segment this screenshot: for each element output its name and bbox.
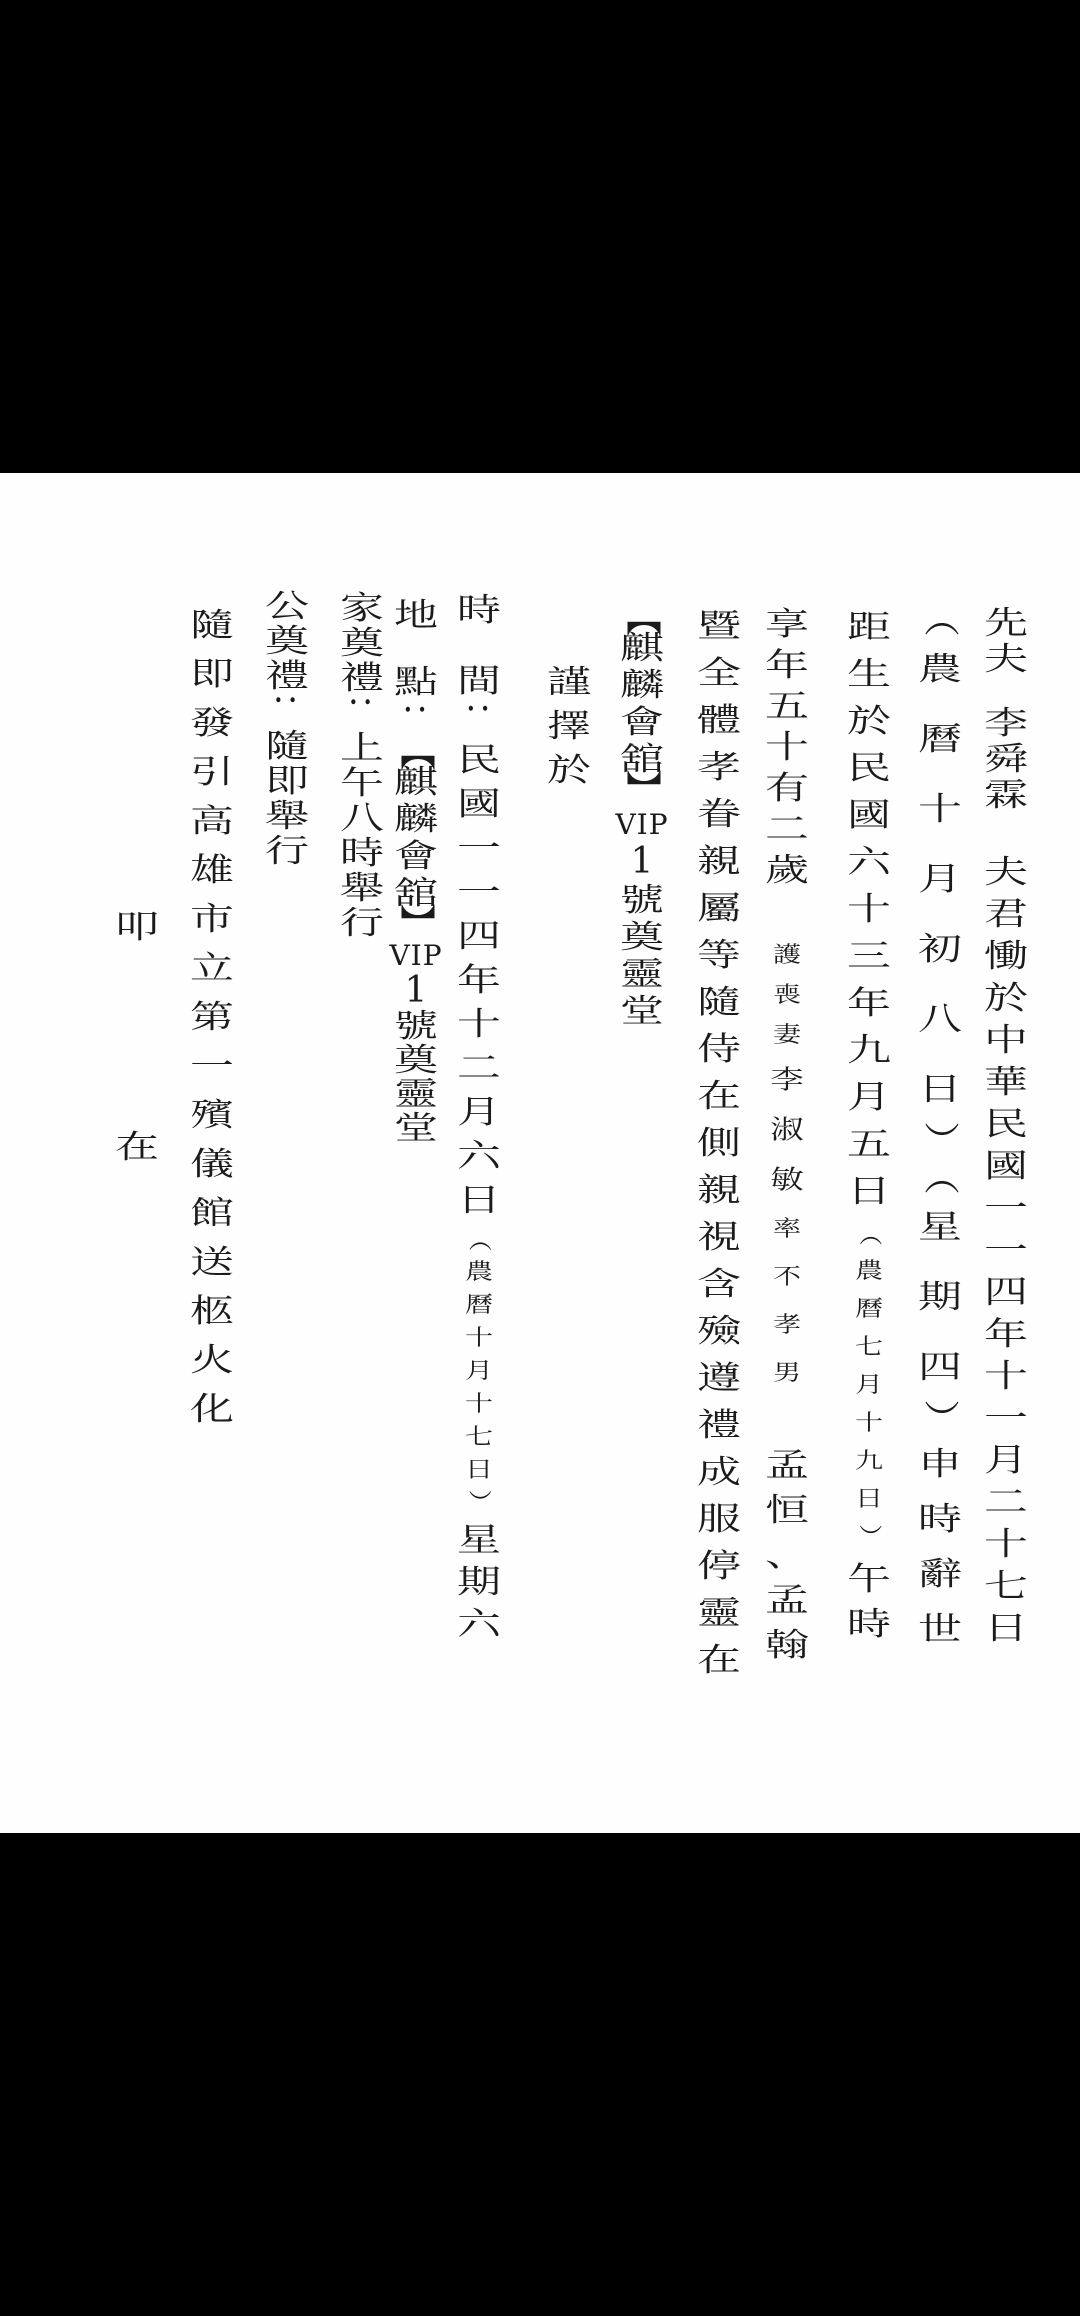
notice-character: 夫 xyxy=(980,855,1033,889)
notice-character: 上 xyxy=(336,734,389,762)
notice-character: 妻 xyxy=(761,1018,813,1052)
notice-character: 民 xyxy=(980,1107,1033,1141)
notice-character: 月 xyxy=(843,1369,895,1402)
notice-character: 年 xyxy=(843,984,896,1022)
notice-character: 農 xyxy=(914,641,967,697)
notice-character: 送 xyxy=(186,1242,239,1281)
notice-character: 華 xyxy=(980,1065,1033,1099)
notice-character: ） xyxy=(464,1479,493,1527)
notice-character: 奠 xyxy=(336,629,389,657)
notice-character: 國 xyxy=(843,796,896,834)
notice-character: 日 xyxy=(843,1172,896,1210)
notice-character: 堂 xyxy=(616,996,669,1026)
notice-character: 第 xyxy=(186,997,239,1036)
notice-column-10: 家奠禮：上午八時舉行 xyxy=(338,590,386,940)
notice-character: 地 xyxy=(390,597,443,632)
notice-character: 點 xyxy=(390,667,443,697)
notice-column-5: 暨全體孝眷親屬等隨侍在側親視含殮遵禮成服停靈在 xyxy=(695,602,743,1683)
notice-character: 時 xyxy=(453,592,506,627)
notice-character: 曆 xyxy=(914,711,967,767)
notice-character: 等 xyxy=(693,936,746,974)
notice-character: 國 xyxy=(980,1149,1033,1183)
notice-character: 七 xyxy=(980,1569,1033,1603)
notice-character: 日 xyxy=(843,1483,895,1516)
notice-character: 於 xyxy=(543,752,596,787)
notice-character: 十 xyxy=(980,1359,1033,1393)
notice-character: 親 xyxy=(693,842,746,880)
notice-character: 隨 xyxy=(693,983,746,1021)
notice-character: 先 xyxy=(980,609,1033,638)
notice-character: 午 xyxy=(843,1561,896,1597)
notice-character: 午 xyxy=(336,769,389,797)
notice-character: 六 xyxy=(453,1607,506,1641)
notice-character: 含 xyxy=(693,1265,746,1303)
notice-character: 麒 xyxy=(390,767,443,797)
notice-character: 十 xyxy=(980,1527,1033,1561)
notice-character: 堂 xyxy=(390,1114,443,1141)
notice-character: 雄 xyxy=(186,850,239,889)
notice-character: 世 xyxy=(914,1607,967,1651)
notice-character: 視 xyxy=(693,1218,746,1256)
notice-character: 眷 xyxy=(693,795,746,833)
notice-character: 君 xyxy=(980,897,1033,931)
notice-character: 孝 xyxy=(761,1304,813,1345)
notice-character: 日 xyxy=(914,1061,967,1117)
notice-character: 初 xyxy=(914,921,967,977)
notice-character: 會 xyxy=(390,841,443,871)
notice-character: 奠 xyxy=(616,922,669,952)
notice-character: 市 xyxy=(186,899,239,938)
notice-character: 年 xyxy=(980,1317,1033,1351)
notice-column-11: 公奠禮：隨即舉行 xyxy=(263,588,311,868)
notice-character: 三 xyxy=(843,937,896,975)
notice-character: 農 xyxy=(843,1255,895,1288)
notice-character: 舉 xyxy=(336,874,389,902)
notice-character: 辭 xyxy=(914,1552,967,1596)
notice-character: 日 xyxy=(453,1182,506,1217)
notice-character: 全 xyxy=(693,654,746,692)
notice-character: 四 xyxy=(914,1339,967,1395)
notice-character: 曆 xyxy=(453,1290,505,1318)
notice-character: 九 xyxy=(843,1031,896,1069)
notice-character: 奠 xyxy=(261,627,314,655)
notice-character: 慟 xyxy=(980,939,1033,973)
notice-character: 農 xyxy=(453,1257,505,1285)
notice-character: 月 xyxy=(453,1094,506,1129)
notice-column-9: 地點：【麒麟會舘】VIP1號奠靈堂 xyxy=(392,593,440,1145)
notice-character: 家 xyxy=(336,594,389,622)
notice-character: 中 xyxy=(980,1023,1033,1057)
notice-character: 靈 xyxy=(693,1594,746,1632)
notice-character: 八 xyxy=(914,991,967,1047)
notice-character: 化 xyxy=(186,1389,239,1428)
notice-character: 發 xyxy=(186,703,239,742)
notice-character: 有 xyxy=(761,771,814,804)
notice-character: 期 xyxy=(453,1565,506,1599)
notice-character: 一 xyxy=(453,830,506,865)
notice-character: 行 xyxy=(261,837,314,865)
notice-character: 儀 xyxy=(186,1144,239,1183)
notice-character: 一 xyxy=(186,1046,239,1085)
notice-character: 時 xyxy=(914,1497,967,1541)
notice-column-1: 先夫李舜霖夫君慟於中華民國一一四年十一月二十七日 xyxy=(982,605,1030,1649)
notice-character: 月 xyxy=(914,851,967,907)
notice-character: 李 xyxy=(980,709,1033,738)
notice-character: 十 xyxy=(914,781,967,837)
notice-character: 麒 xyxy=(616,633,669,663)
notice-character: 麟 xyxy=(390,804,443,834)
notice-character: 在 xyxy=(693,1077,746,1115)
notice-character: ） xyxy=(852,1513,885,1561)
notice-character: 月 xyxy=(843,1078,896,1116)
notice-character: 一 xyxy=(980,1401,1033,1435)
notice-character: 停 xyxy=(693,1547,746,1585)
notice-character: 屬 xyxy=(693,889,746,927)
notice-column-4: 享年五十有二歲護喪妻李淑敏率不孝男孟恒、孟翰 xyxy=(763,603,811,1667)
notice-character: 引 xyxy=(186,752,239,791)
notice-character: 申 xyxy=(914,1442,967,1486)
notice-column-6: 【麒麟會舘】VIP1號奠靈堂 xyxy=(618,605,666,1029)
notice-character: 年 xyxy=(761,648,814,681)
notice-character: 男 xyxy=(761,1352,813,1393)
image-viewer: { "page": { "width": 1080, "height": 231… xyxy=(0,0,1080,2316)
notice-character: 隨 xyxy=(261,732,314,760)
notice-latin-run: 1 xyxy=(392,973,440,1009)
notice-character: 日 xyxy=(980,1611,1033,1645)
notice-character: （ xyxy=(852,1209,885,1257)
notice-character: 隨 xyxy=(186,605,239,644)
notice-character: 恒 xyxy=(761,1492,814,1528)
notice-character: 靈 xyxy=(616,959,669,989)
notice-character: 】 xyxy=(631,765,652,813)
notice-character: 時 xyxy=(843,1606,896,1642)
notice-character: 殯 xyxy=(186,1095,239,1134)
notice-character: 五 xyxy=(843,1125,896,1163)
notice-character: 禮 xyxy=(693,1406,746,1444)
funeral-notice-photo: 先夫李舜霖夫君慟於中華民國一一四年十一月二十七日（農曆十月初八日）（星期四）申時… xyxy=(0,473,1080,1833)
notice-character: 火 xyxy=(186,1340,239,1379)
notice-character: 號 xyxy=(390,1012,443,1039)
notice-character: 行 xyxy=(336,909,389,937)
notice-character: 國 xyxy=(453,786,506,821)
notice-character: 側 xyxy=(693,1124,746,1162)
notice-character: 奠 xyxy=(390,1046,443,1073)
notice-character: 月 xyxy=(453,1356,505,1384)
notice-character: 二 xyxy=(453,1050,506,1085)
notice-character: 民 xyxy=(453,742,506,777)
notice-character: 月 xyxy=(980,1443,1033,1477)
notice-character: 十 xyxy=(453,1389,505,1417)
notice-character: 公 xyxy=(261,592,314,620)
notice-character: 生 xyxy=(843,655,896,693)
notice-character: 舜 xyxy=(980,745,1033,774)
notice-character: 柩 xyxy=(186,1291,239,1330)
notice-character: 李 xyxy=(761,1059,813,1101)
notice-character: 一 xyxy=(980,1191,1033,1225)
notice-column-2: （農曆十月初八日）（星期四）申時辭世 xyxy=(916,600,964,1656)
notice-latin-run: 1 xyxy=(618,843,666,881)
notice-character: 率 xyxy=(761,1208,813,1249)
notice-character: 五 xyxy=(761,689,814,722)
notice-character: 在 xyxy=(693,1641,746,1679)
notice-character: 七 xyxy=(843,1331,895,1364)
notice-character: 一 xyxy=(453,874,506,909)
notice-character: 十 xyxy=(843,890,896,928)
notice-character: 翰 xyxy=(761,1627,814,1663)
notice-character: 體 xyxy=(693,701,746,739)
notice-column-7: 謹擇於 xyxy=(545,660,593,792)
notice-character: 七 xyxy=(453,1422,505,1450)
notice-character: 會 xyxy=(616,707,669,737)
notice-character: 禮 xyxy=(336,664,389,692)
notice-character: 擇 xyxy=(543,708,596,743)
notice-character: 二 xyxy=(980,1485,1033,1519)
notice-character: 十 xyxy=(453,1006,506,1041)
notice-character: 一 xyxy=(980,1233,1033,1267)
notice-character: 侍 xyxy=(693,1030,746,1068)
notice-character: 十 xyxy=(761,730,814,763)
notice-character: 不 xyxy=(761,1256,813,1297)
notice-character: 立 xyxy=(186,948,239,987)
notice-character: 孝 xyxy=(693,748,746,786)
notice-character: 於 xyxy=(980,981,1033,1015)
notice-character: 六 xyxy=(453,1138,506,1173)
notice-character: 敏 xyxy=(761,1159,813,1201)
notice-character: 禮 xyxy=(261,662,314,690)
letterbox-top xyxy=(0,0,1080,473)
notice-character: 殮 xyxy=(693,1312,746,1350)
notice-character: 時 xyxy=(336,839,389,867)
notice-character: 叩 xyxy=(111,908,164,946)
notice-column-8: 時間：民國一一四年十二月六日（農曆十月十七日）星期六 xyxy=(455,588,503,1645)
notice-character: ： xyxy=(462,695,495,743)
notice-character: 二 xyxy=(761,812,814,845)
notice-character: 即 xyxy=(261,767,314,795)
notice-character: 曆 xyxy=(843,1293,895,1326)
notice-character: 間 xyxy=(453,666,506,696)
notice-character: 歲 xyxy=(761,853,814,886)
notice-character: 即 xyxy=(186,654,239,693)
notice-character: 十 xyxy=(453,1323,505,1351)
notice-column-12: 隨即發引高雄市立第一殯儀館送柩火化 xyxy=(188,600,236,1433)
notice-character: ） xyxy=(925,1395,955,1443)
notice-character: 孟 xyxy=(761,1447,814,1483)
notice-character: 年 xyxy=(453,962,506,997)
notice-character: 靈 xyxy=(390,1080,443,1107)
notice-character: 舉 xyxy=(261,802,314,830)
notice-character: 九 xyxy=(843,1445,895,1478)
notice-character: （ xyxy=(925,593,955,641)
notice-character: 謹 xyxy=(543,664,596,699)
notice-character: 孟 xyxy=(761,1582,814,1618)
notice-character: （ xyxy=(925,1151,955,1199)
notice-character: 護 xyxy=(761,938,813,972)
notice-character: 距 xyxy=(843,608,896,646)
notice-character: 霖 xyxy=(980,781,1033,810)
notice-character: 民 xyxy=(843,749,896,787)
notice-character: 遵 xyxy=(693,1359,746,1397)
notice-character: 麟 xyxy=(616,670,669,700)
notice-character: 十 xyxy=(843,1407,895,1440)
notice-character: 享 xyxy=(761,607,814,640)
notice-character: 號 xyxy=(616,885,669,915)
notice-character: 四 xyxy=(980,1275,1033,1309)
notice-character: 在 xyxy=(111,1128,164,1166)
notice-character: 親 xyxy=(693,1171,746,1209)
notice-character: 館 xyxy=(186,1193,239,1232)
notice-character: 期 xyxy=(914,1269,967,1325)
notice-character: 淑 xyxy=(761,1109,813,1151)
notice-character: 服 xyxy=(693,1500,746,1538)
notice-character: 暨 xyxy=(693,607,746,645)
notice-character: 喪 xyxy=(761,978,813,1012)
notice-character: 成 xyxy=(693,1453,746,1491)
notice-character: 、 xyxy=(761,1537,814,1573)
notice-character: （ xyxy=(464,1215,493,1263)
letterbox-bottom xyxy=(0,1833,1080,2316)
notice-character: 星 xyxy=(914,1199,967,1255)
notice-character: 四 xyxy=(453,918,506,953)
notice-character: 夫 xyxy=(980,645,1033,674)
notice-column-3: 距生於民國六十三年九月五日（農曆七月十九日）午時 xyxy=(845,603,893,1646)
notice-character: 八 xyxy=(336,804,389,832)
notice-character: 高 xyxy=(186,801,239,840)
notice-character: 】 xyxy=(405,899,426,947)
notice-character: 星 xyxy=(453,1523,506,1557)
notice-column-13: 叩在 xyxy=(113,903,161,1171)
notice-character: 六 xyxy=(843,843,896,881)
notice-character: 於 xyxy=(843,702,896,740)
